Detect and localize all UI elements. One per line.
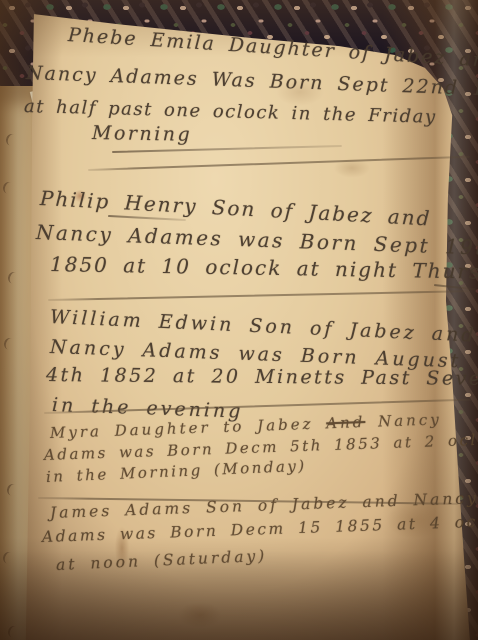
struck-out-word: And [326, 413, 366, 432]
stray-ink-mark [5, 482, 20, 497]
handwritten-text: Nancy [365, 410, 442, 431]
photo-of-record-book: Phebe Emila Daughter of Jabez and Nancy … [0, 0, 478, 640]
stray-ink-mark [2, 336, 17, 351]
handwritten-line: Morning [92, 122, 193, 146]
stray-ink-mark [6, 624, 21, 639]
stray-ink-mark [1, 550, 16, 565]
stray-ink-mark [6, 270, 21, 285]
handwritten-line: 4th 1852 at 20 Minetts Past Seve [46, 364, 478, 390]
stray-ink-mark [1, 180, 16, 195]
stray-ink-mark [4, 132, 19, 147]
